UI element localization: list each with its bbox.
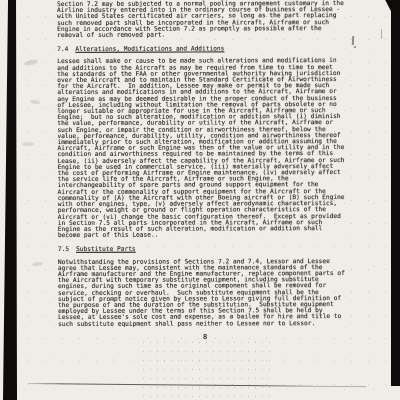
scan-smudge [140, 338, 270, 398]
intro-paragraph: Section 7.2 may be subjected to a normal… [57, 1, 357, 39]
bottom-rule-line [28, 383, 314, 387]
scan-edge-left [3, 0, 17, 400]
section-body-7-5: Notwithstanding the provisions of Sectio… [58, 258, 358, 327]
section-body-7-4: Lessee shall make or cause to be made su… [57, 58, 358, 239]
margin-smudge [30, 99, 40, 104]
section-heading-7-4: 7.4Alterations, Modifications and Additi… [57, 46, 357, 53]
section-heading-7-5: 7.5Substitute Parts [58, 246, 358, 253]
section-number: 7.5 [58, 246, 69, 253]
pencil-mark-dot [354, 46, 356, 48]
scan-edge-right [391, 0, 400, 386]
margin-smudge [24, 59, 39, 67]
page-number: 8 [203, 334, 207, 341]
pencil-mark [381, 29, 382, 39]
section-number: 7.4 [57, 46, 68, 53]
margin-smudge [32, 261, 43, 266]
document-text-column: Section 7.2 may be subjected to a normal… [57, 1, 358, 328]
section-title: Alterations, Modifications and Additions [75, 46, 224, 54]
scanned-document-page: Section 7.2 may be subjected to a normal… [0, 0, 400, 400]
bottom-rule-line-faint [314, 386, 366, 387]
margin-smudge [22, 142, 34, 146]
section-title: Substitute Parts [76, 246, 136, 253]
